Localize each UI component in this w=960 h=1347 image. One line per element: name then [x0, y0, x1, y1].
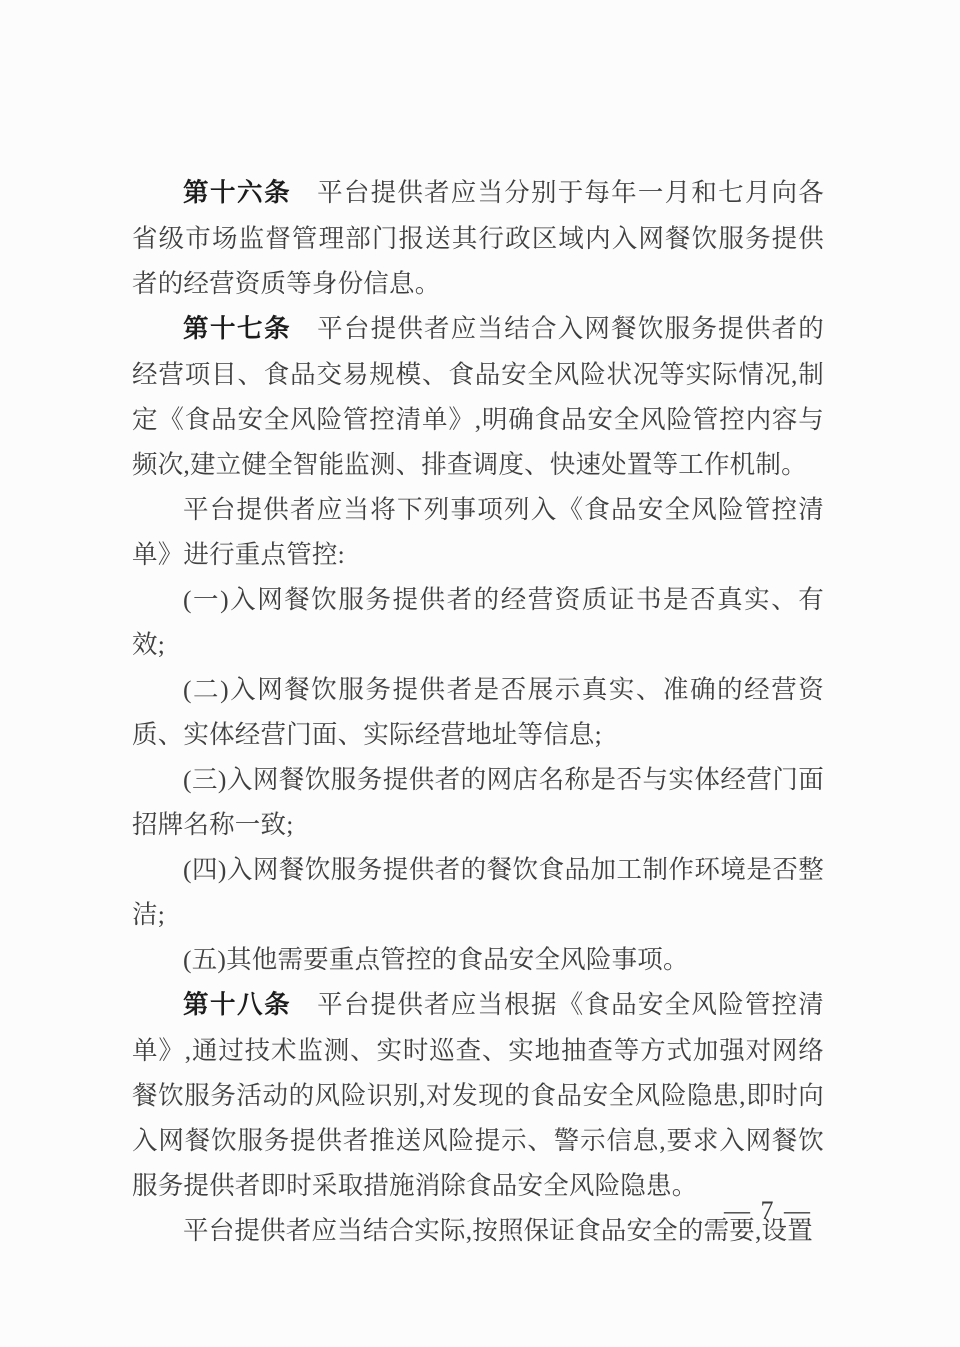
article-18-paragraph: 第十八条平台提供者应当根据《食品安全风险管控清单》,通过技术监测、实时巡查、实地…: [132, 982, 824, 1208]
document-page: 第十六条平台提供者应当分别于每年一月和七月向各省级市场监督管理部门报送其行政区域…: [0, 0, 960, 1347]
article-17-paragraph: 第十七条平台提供者应当结合入网餐饮服务提供者的经营项目、食品交易规模、食品安全风…: [132, 306, 824, 487]
article-18-text: 平台提供者应当根据《食品安全风险管控清单》,通过技术监测、实时巡查、实地抽查等方…: [132, 990, 824, 1200]
list-item-3-text: (三)入网餐饮服务提供者的网店名称是否与实体经营门面招牌名称一致;: [132, 765, 824, 839]
list-item-2-text: (二)入网餐饮服务提供者是否展示真实、准确的经营资质、实体经营门面、实际经营地址…: [132, 675, 824, 749]
article-18-heading: 第十八条: [183, 991, 291, 1019]
article-16-paragraph: 第十六条平台提供者应当分别于每年一月和七月向各省级市场监督管理部门报送其行政区域…: [132, 170, 824, 306]
list-item-2: (二)入网餐饮服务提供者是否展示真实、准确的经营资质、实体经营门面、实际经营地址…: [132, 667, 824, 757]
article-17-list-intro-text: 平台提供者应当将下列事项列入《食品安全风险管控清单》进行重点管控:: [132, 495, 824, 569]
document-text-block: 第十六条平台提供者应当分别于每年一月和七月向各省级市场监督管理部门报送其行政区域…: [132, 170, 824, 1253]
list-item-1: (一)入网餐饮服务提供者的经营资质证书是否真实、有效;: [132, 577, 824, 667]
page-number: — 7 —: [132, 1195, 824, 1227]
list-item-5: (五)其他需要重点管控的食品安全风险事项。: [132, 937, 824, 982]
list-item-1-text: (一)入网餐饮服务提供者的经营资质证书是否真实、有效;: [132, 585, 824, 659]
list-item-3: (三)入网餐饮服务提供者的网店名称是否与实体经营门面招牌名称一致;: [132, 757, 824, 847]
article-17-list-intro: 平台提供者应当将下列事项列入《食品安全风险管控清单》进行重点管控:: [132, 487, 824, 577]
list-item-4-text: (四)入网餐饮服务提供者的餐饮食品加工制作环境是否整洁;: [132, 855, 824, 929]
list-item-5-text: (五)其他需要重点管控的食品安全风险事项。: [183, 945, 689, 974]
article-16-heading: 第十六条: [183, 179, 291, 207]
list-item-4: (四)入网餐饮服务提供者的餐饮食品加工制作环境是否整洁;: [132, 847, 824, 937]
article-17-heading: 第十七条: [183, 315, 291, 343]
